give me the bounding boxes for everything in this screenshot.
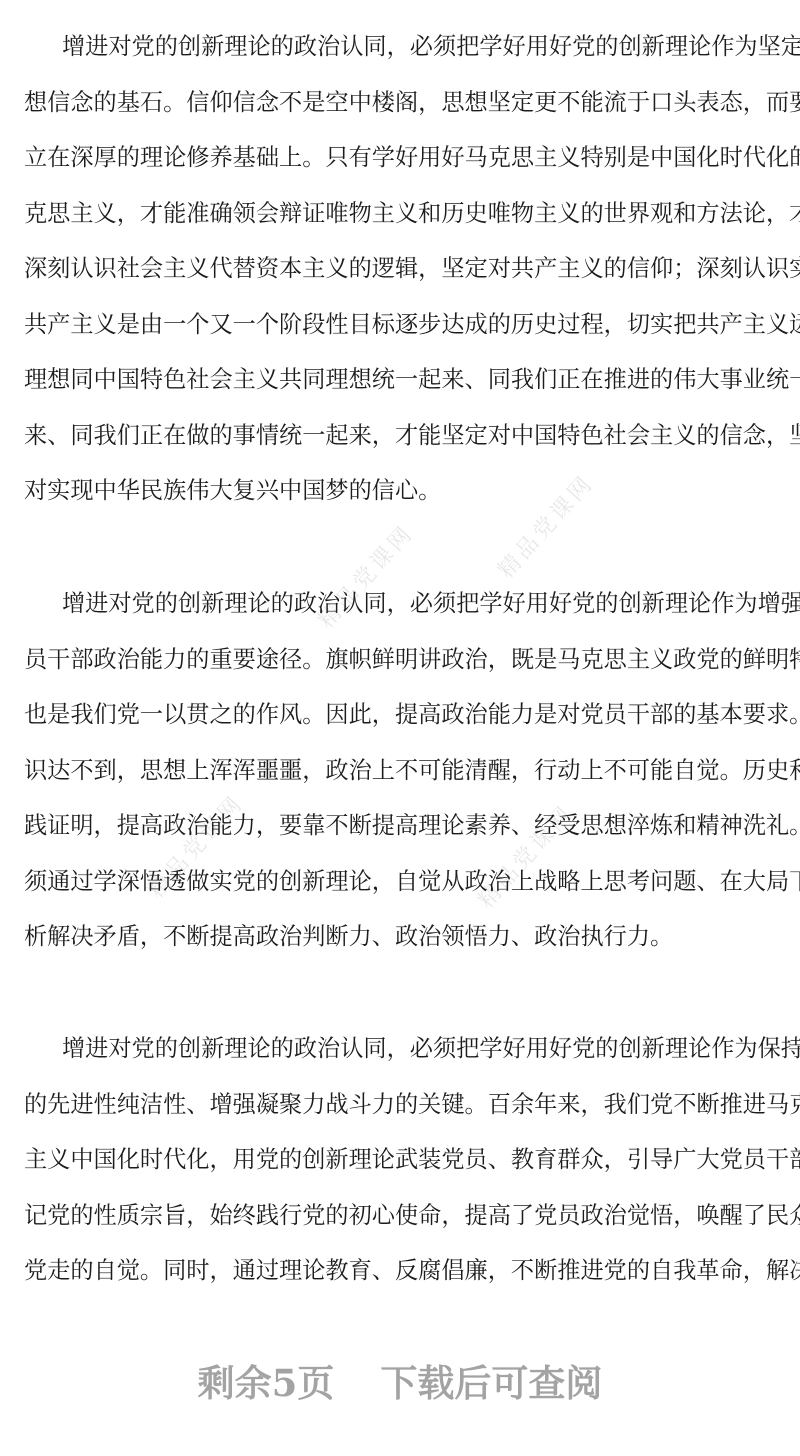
text-line: 须通过学深悟透做实党的创新理论，自觉从政治上战略上思考问题、在大局下分 bbox=[24, 867, 776, 897]
text-line: 践证明，提高政治能力，要靠不断提高理论素养、经受思想淬炼和精神洗礼。必 bbox=[24, 811, 776, 841]
text-line: 的先进性纯洁性、增强凝聚力战斗力的关键。百余年来，我们党不断推进马克思 bbox=[24, 1090, 776, 1120]
text-line: 识达不到，思想上浑浑噩噩，政治上不可能清醒，行动上不可能自觉。历史和实 bbox=[24, 756, 776, 786]
text-line: 析解决矛盾，不断提高政治判断力、政治领悟力、政治执行力。 bbox=[24, 922, 776, 952]
text-line: 记党的性质宗旨，始终践行党的初心使命，提高了党员政治觉悟，唤醒了民众跟 bbox=[24, 1201, 776, 1231]
text-line: 来、同我们正在做的事情统一起来，才能坚定对中国特色社会主义的信念，坚定 bbox=[24, 421, 776, 451]
download-banner[interactable]: 剩余5页 下载后可查阅 bbox=[0, 1352, 800, 1408]
text-line: 也是我们党一以贯之的作风。因此，提高政治能力是对党员干部的基本要求。认 bbox=[24, 700, 776, 730]
document-page: 精品党课网 精品党课网 精品党课网 精品党课网 增进对党的创新理论的政治认同，必… bbox=[0, 0, 800, 1456]
text-line: 员干部政治能力的重要途径。旗帜鲜明讲政治，既是马克思主义政党的鲜明特征， bbox=[24, 645, 776, 675]
text-line: 想信念的基石。信仰信念不是空中楼阁，思想坚定更不能流于口头表态，而要建 bbox=[24, 88, 776, 118]
text-line: 理想同中国特色社会主义共同理想统一起来、同我们正在推进的伟大事业统一起 bbox=[24, 365, 776, 395]
remaining-pages-label: 剩余5页 bbox=[198, 1353, 335, 1407]
text-line: 对实现中华民族伟大复兴中国梦的信心。 bbox=[24, 476, 776, 506]
text-line: 主义中国化时代化，用党的创新理论武装党员、教育群众，引导广大党员干部牢 bbox=[24, 1145, 776, 1175]
text-line: 克思主义，才能准确领会辩证唯物主义和历史唯物主义的世界观和方法论，才能 bbox=[24, 199, 776, 229]
text-line: 立在深厚的理论修养基础上。只有学好用好马克思主义特别是中国化时代化的马 bbox=[24, 143, 776, 173]
text-line: 增进对党的创新理论的政治认同，必须把学好用好党的创新理论作为增强党 bbox=[62, 589, 776, 619]
text-line: 深刻认识社会主义代替资本主义的逻辑，坚定对共产主义的信仰；深刻认识实现 bbox=[24, 254, 776, 284]
download-to-view-label[interactable]: 下载后可查阅 bbox=[380, 1353, 602, 1407]
text-line: 共产主义是由一个又一个阶段性目标逐步达成的历史过程，切实把共产主义远大 bbox=[24, 310, 776, 340]
text-line: 增进对党的创新理论的政治认同，必须把学好用好党的创新理论作为坚定理 bbox=[62, 32, 776, 62]
text-line: 党走的自觉。同时，通过理论教育、反腐倡廉，不断推进党的自我革命，解决了 bbox=[24, 1256, 776, 1286]
text-line: 增进对党的创新理论的政治认同，必须把学好用好党的创新理论作为保持党 bbox=[62, 1034, 776, 1064]
